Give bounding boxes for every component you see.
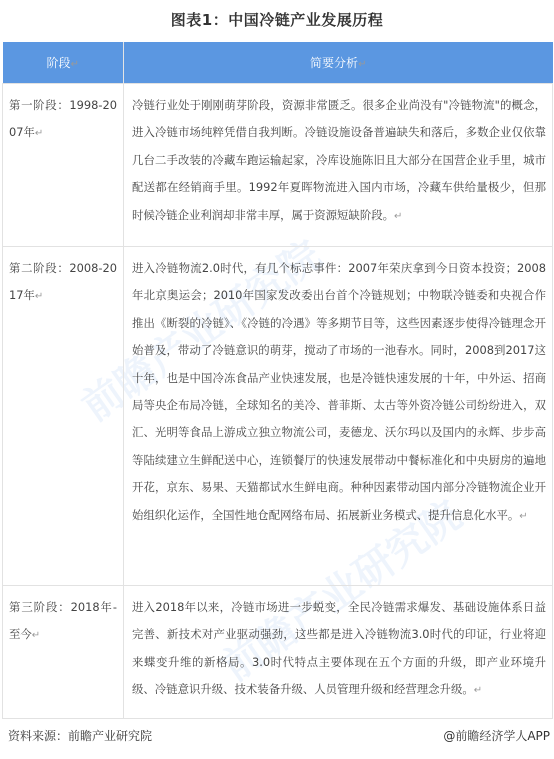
column-header-analysis: 简要分析↵ xyxy=(124,42,553,84)
table-row: 第二阶段：2008-2017年↵ 进入冷链物流2.0时代，有几个标志事件：200… xyxy=(3,247,553,586)
table-header-row: 阶段↵ 简要分析↵ xyxy=(3,42,553,84)
analysis-cell: 冷链行业处于刚刚萌芽阶段，资源非常匮乏。很多企业尚没有"冷链物流"的概念，进入冷… xyxy=(124,84,553,247)
stage-cell: 第一阶段：1998-2007年↵ xyxy=(3,84,124,247)
table-row: 第三阶段：2018年-至今↵ 进入2018年以来，冷链市场进一步蜕变，全民冷链需… xyxy=(3,586,553,719)
analysis-cell: 进入冷链物流2.0时代，有几个标志事件：2007年荣庆拿到今日资本投资；2008… xyxy=(124,247,553,586)
credit-label: @前瞻经济学人APP xyxy=(443,727,550,744)
footer: 资料来源：前瞻产业研究院 @前瞻经济学人APP xyxy=(8,727,550,744)
chart-title: 图表1：中国冷链产业发展历程 xyxy=(0,9,554,30)
development-history-table: 阶段↵ 简要分析↵ 第一阶段：1998-2007年↵ 冷链行业处于刚刚萌芽阶段，… xyxy=(2,42,553,719)
column-header-stage: 阶段↵ xyxy=(3,42,124,84)
stage-cell: 第三阶段：2018年-至今↵ xyxy=(3,586,124,719)
table-row: 第一阶段：1998-2007年↵ 冷链行业处于刚刚萌芽阶段，资源非常匮乏。很多企… xyxy=(3,84,553,247)
source-note: 资料来源：前瞻产业研究院 xyxy=(8,727,152,744)
stage-cell: 第二阶段：2008-2017年↵ xyxy=(3,247,124,586)
analysis-cell: 进入2018年以来，冷链市场进一步蜕变，全民冷链需求爆发、基础设施体系日益完善、… xyxy=(124,586,553,719)
